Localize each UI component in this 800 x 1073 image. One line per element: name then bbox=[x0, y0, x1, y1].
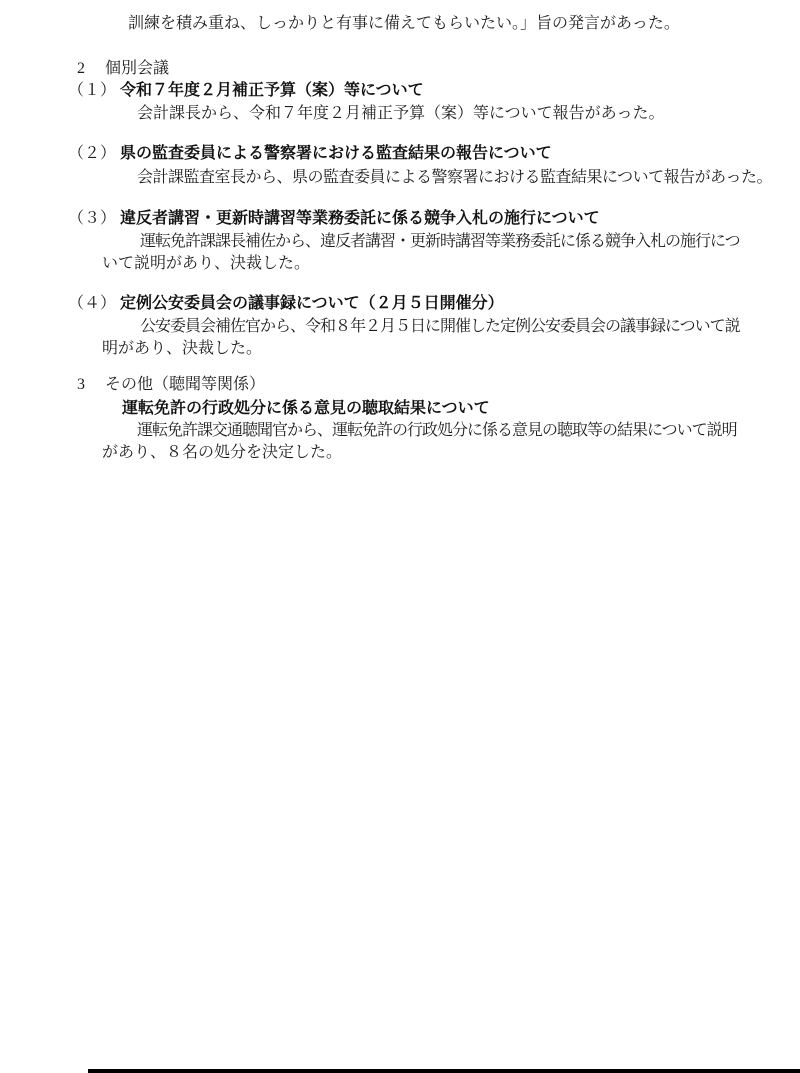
item1-label: （１） bbox=[68, 81, 116, 101]
section3-body-line-1: 運転免許課交通聴聞官から、運転免許の行政処分に係る意見の聴取等の結果について説明 bbox=[137, 421, 737, 441]
item1-heading: 令和７年度２月補正予算（案）等について bbox=[120, 81, 424, 101]
item2-body-line: 会計課監査室長から、県の監査委員による警察署における監査結果について報告があった… bbox=[137, 168, 772, 188]
section3-title: その他（聴聞等関係） bbox=[105, 375, 265, 395]
section3-body-line-2: があり、８名の処分を決定した。 bbox=[102, 443, 342, 463]
section2-title: 個別会議 bbox=[105, 59, 169, 79]
page-bottom-rule bbox=[88, 1069, 800, 1073]
item3-body-line-2: いて説明があり、決裁した。 bbox=[102, 254, 310, 274]
item1-body-line: 会計課長から、令和７年度２月補正予算（案）等について報告があった。 bbox=[137, 104, 665, 124]
section3-number: 3 bbox=[77, 375, 85, 395]
item3-label: （３） bbox=[68, 209, 116, 229]
item3-heading: 違反者講習・更新時講習等業務委託に係る競争入札の施行について bbox=[120, 209, 600, 229]
continuation-line: 訓練を積み重ね、しっかりと有事に備えてもらいたい。」旨の発言があった。 bbox=[128, 14, 680, 34]
item3-body-line-1: 運転免許課課長補佐から、違反者講習・更新時講習等業務委託に係る競争入札の施行につ bbox=[140, 232, 740, 252]
item4-heading: 定例公安委員会の議事録について（２月５日開催分） bbox=[120, 294, 504, 314]
document-page: 訓練を積み重ね、しっかりと有事に備えてもらいたい。」旨の発言があった。 2 個別… bbox=[0, 0, 800, 1073]
item4-label: （４） bbox=[68, 294, 116, 314]
item2-heading: 県の監査委員による警察署における監査結果の報告について bbox=[120, 144, 552, 164]
item4-body-line-1: 公安委員会補佐官から、令和８年２月５日に開催した定例公安委員会の議事録について説 bbox=[140, 317, 740, 337]
item2-label: （２） bbox=[68, 144, 116, 164]
section3-item-heading: 運転免許の行政処分に係る意見の聴取結果について bbox=[122, 399, 490, 419]
item4-body-line-2: 明があり、決裁した。 bbox=[102, 339, 262, 359]
section2-number: 2 bbox=[77, 59, 85, 79]
